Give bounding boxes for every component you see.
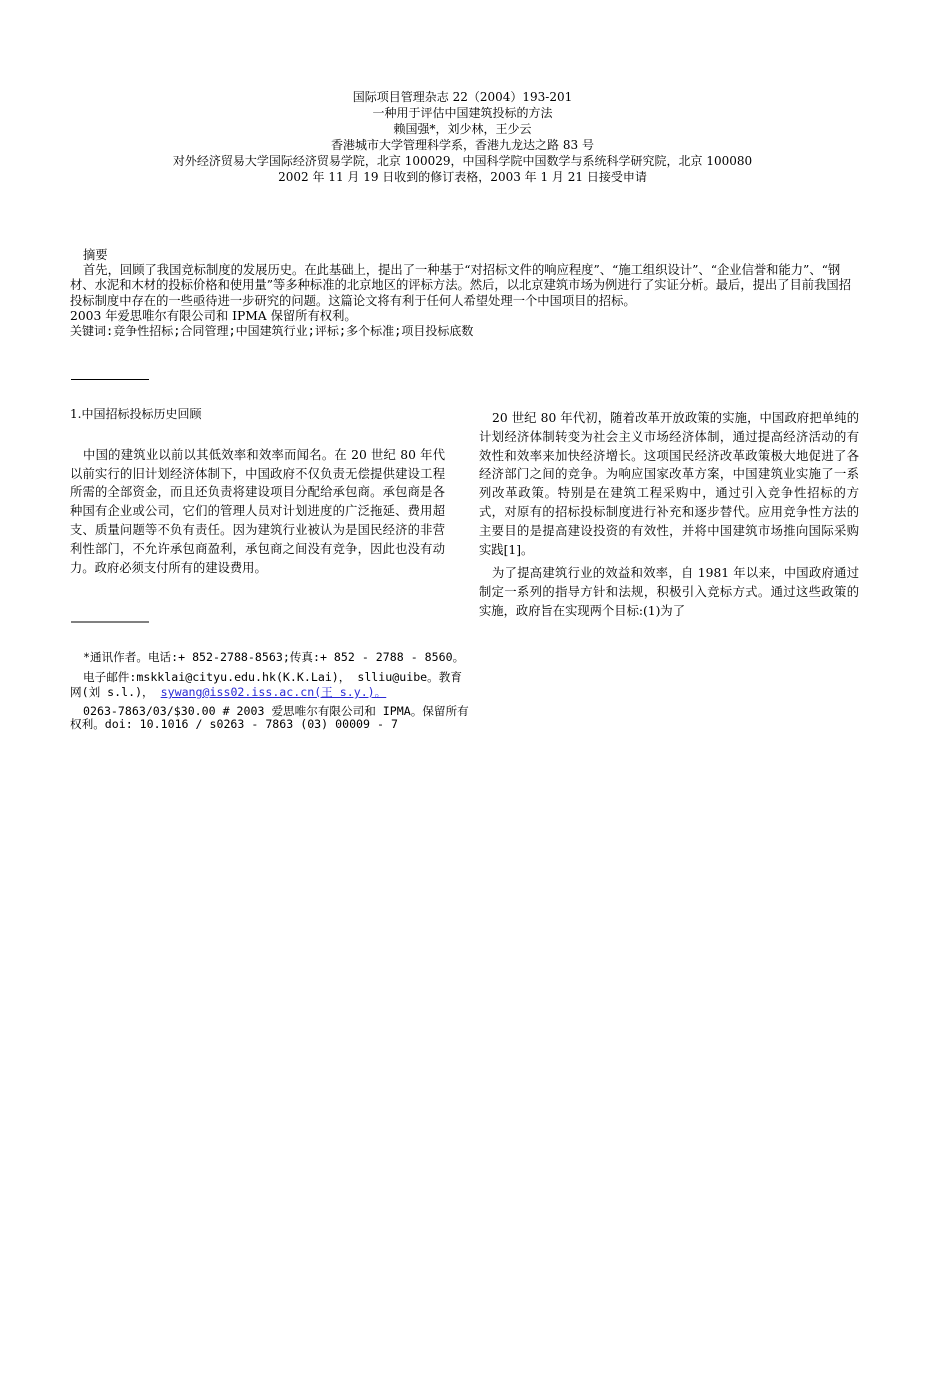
abstract-body: 首先，回顾了我国竞标制度的发展历史。在此基础上，提出了一种基于“对招标文件的响应…	[70, 263, 860, 309]
paragraph: 20 世纪 80 年代初，随着改革开放政策的实施，中国政府把单纯的计划经济体制转…	[479, 409, 859, 559]
article-title: 一种用于评估中国建筑投标的方法	[0, 105, 925, 121]
affiliation-2: 对外经济贸易大学国际经济贸易学院，北京 100029，中国科学院中国数学与系统科…	[0, 153, 925, 169]
abstract-block: 摘要 首先，回顾了我国竞标制度的发展历史。在此基础上，提出了一种基于“对招标文件…	[70, 248, 860, 339]
affiliation-1: 香港城市大学管理科学系，香港九龙达之路 83 号	[0, 137, 925, 153]
article-header: 国际项目管理杂志 22（2004）193-201 一种用于评估中国建筑投标的方法…	[0, 89, 925, 185]
left-column: 1.中国招标投标历史回顾 中国的建筑业以前以其低效率和效率而闻名。在 20 世纪…	[70, 405, 445, 577]
paragraph: 中国的建筑业以前以其低效率和效率而闻名。在 20 世纪 80 年代以前实行的旧计…	[70, 446, 445, 578]
journal-citation: 国际项目管理杂志 22（2004）193-201	[0, 89, 925, 105]
right-column: 20 世纪 80 年代初，随着改革开放政策的实施，中国政府把单纯的计划经济体制转…	[479, 409, 859, 621]
section-title: 1.中国招标投标历史回顾	[70, 405, 445, 424]
received-dates: 2002 年 11 月 19 日收到的修订表格，2003 年 1 月 21 日接…	[0, 169, 925, 185]
email-link[interactable]: sywang@iss02.iss.ac.cn(王 s.y.)。	[161, 685, 387, 699]
separator-rule	[71, 379, 149, 380]
footnote-rule	[71, 621, 149, 623]
authors: 赖国强*，刘少林，王少云	[0, 121, 925, 137]
corresponding-author-note: *通讯作者。电话:+ 852-2788-8563;传真:+ 852 - 2788…	[70, 650, 470, 666]
abstract-heading: 摘要	[70, 248, 860, 263]
footnotes: *通讯作者。电话:+ 852-2788-8563;传真:+ 852 - 2788…	[70, 650, 470, 735]
paragraph: 为了提高建筑行业的效益和效率，自 1981 年以来，中国政府通过制定一系列的指导…	[479, 564, 859, 620]
keywords: 关键词:竞争性招标;合同管理;中国建筑行业;评标;多个标准;项目投标底数	[70, 324, 860, 339]
abstract-copyright: 2003 年爱思唯尔有限公司和 IPMA 保留所有权利。	[70, 309, 860, 324]
issn-note: 0263-7863/03/$30.00 # 2003 爱思唯尔有限公司和 IPM…	[70, 705, 470, 731]
email-note: 电子邮件:mskklai@cityu.edu.hk(K.K.Lai)， slli…	[70, 670, 470, 701]
